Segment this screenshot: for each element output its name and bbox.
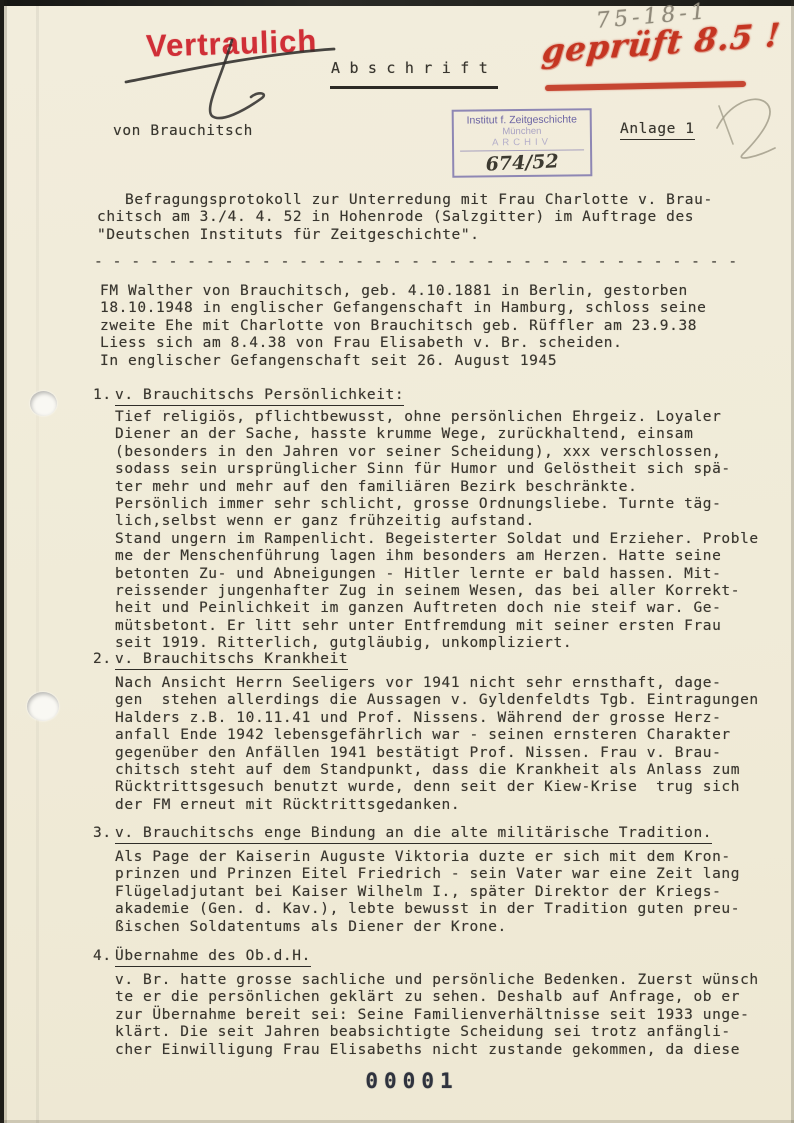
attachment-label: Anlage 1 xyxy=(620,121,695,140)
archive-stamp-box: Institut f. Zeitgeschichte München ARCHI… xyxy=(452,108,593,177)
section-3-number: 3. xyxy=(93,825,112,842)
section-2-body: Nach Ansicht Herrn Seeligers vor 1941 ni… xyxy=(115,675,794,814)
section-1-heading: v. Brauchitschs Persönlichkeit: xyxy=(115,387,404,406)
dashed-divider: - - - - - - - - - - - - - - - - - - - - … xyxy=(94,254,738,271)
hole-punch-top xyxy=(30,391,57,416)
title-underline xyxy=(330,86,498,89)
archive-stamp-number: 674/52 xyxy=(454,149,591,177)
section-2-number: 2. xyxy=(93,651,112,668)
pencil-mark-2 xyxy=(703,86,788,181)
crossout-stroke xyxy=(108,18,348,138)
intro-paragraph: Befragungsprotokoll zur Unterredung mit … xyxy=(97,192,769,244)
section-4-body: v. Br. hatte grosse sachliche und persön… xyxy=(115,972,794,1059)
page-number-stamp: 00001 xyxy=(337,1069,487,1093)
document-title: A b s c h r i f t xyxy=(331,60,488,77)
document-author: von Brauchitsch xyxy=(113,123,253,140)
section-4-heading: Übernahme des Ob.d.H. xyxy=(115,948,311,967)
scan-edge-left-shadow xyxy=(4,0,7,1123)
paper-crease xyxy=(36,0,39,1123)
section-3-body: Als Page der Kaiserin Auguste Viktoria d… xyxy=(115,849,794,936)
section-4-number: 4. xyxy=(93,948,112,965)
archive-stamp-institute: Institut f. Zeitgeschichte xyxy=(454,113,590,126)
section-1-number: 1. xyxy=(93,387,112,404)
red-crayon-note: geprüft 8.5 ! xyxy=(540,15,782,70)
section-2-heading: v. Brauchitschs Krankheit xyxy=(115,651,348,670)
biography-paragraph: FM Walther von Brauchitsch, geb. 4.10.18… xyxy=(100,283,780,370)
section-1-body: Tief religiös, pflichtbewusst, ohne pers… xyxy=(115,409,794,653)
section-3-heading: v. Brauchitschs enge Bindung an die alte… xyxy=(115,825,712,844)
hole-punch-bottom xyxy=(27,692,59,721)
scanned-document-page: Vertraulich 75-18-1 geprüft 8.5 ! A b s … xyxy=(0,0,794,1123)
